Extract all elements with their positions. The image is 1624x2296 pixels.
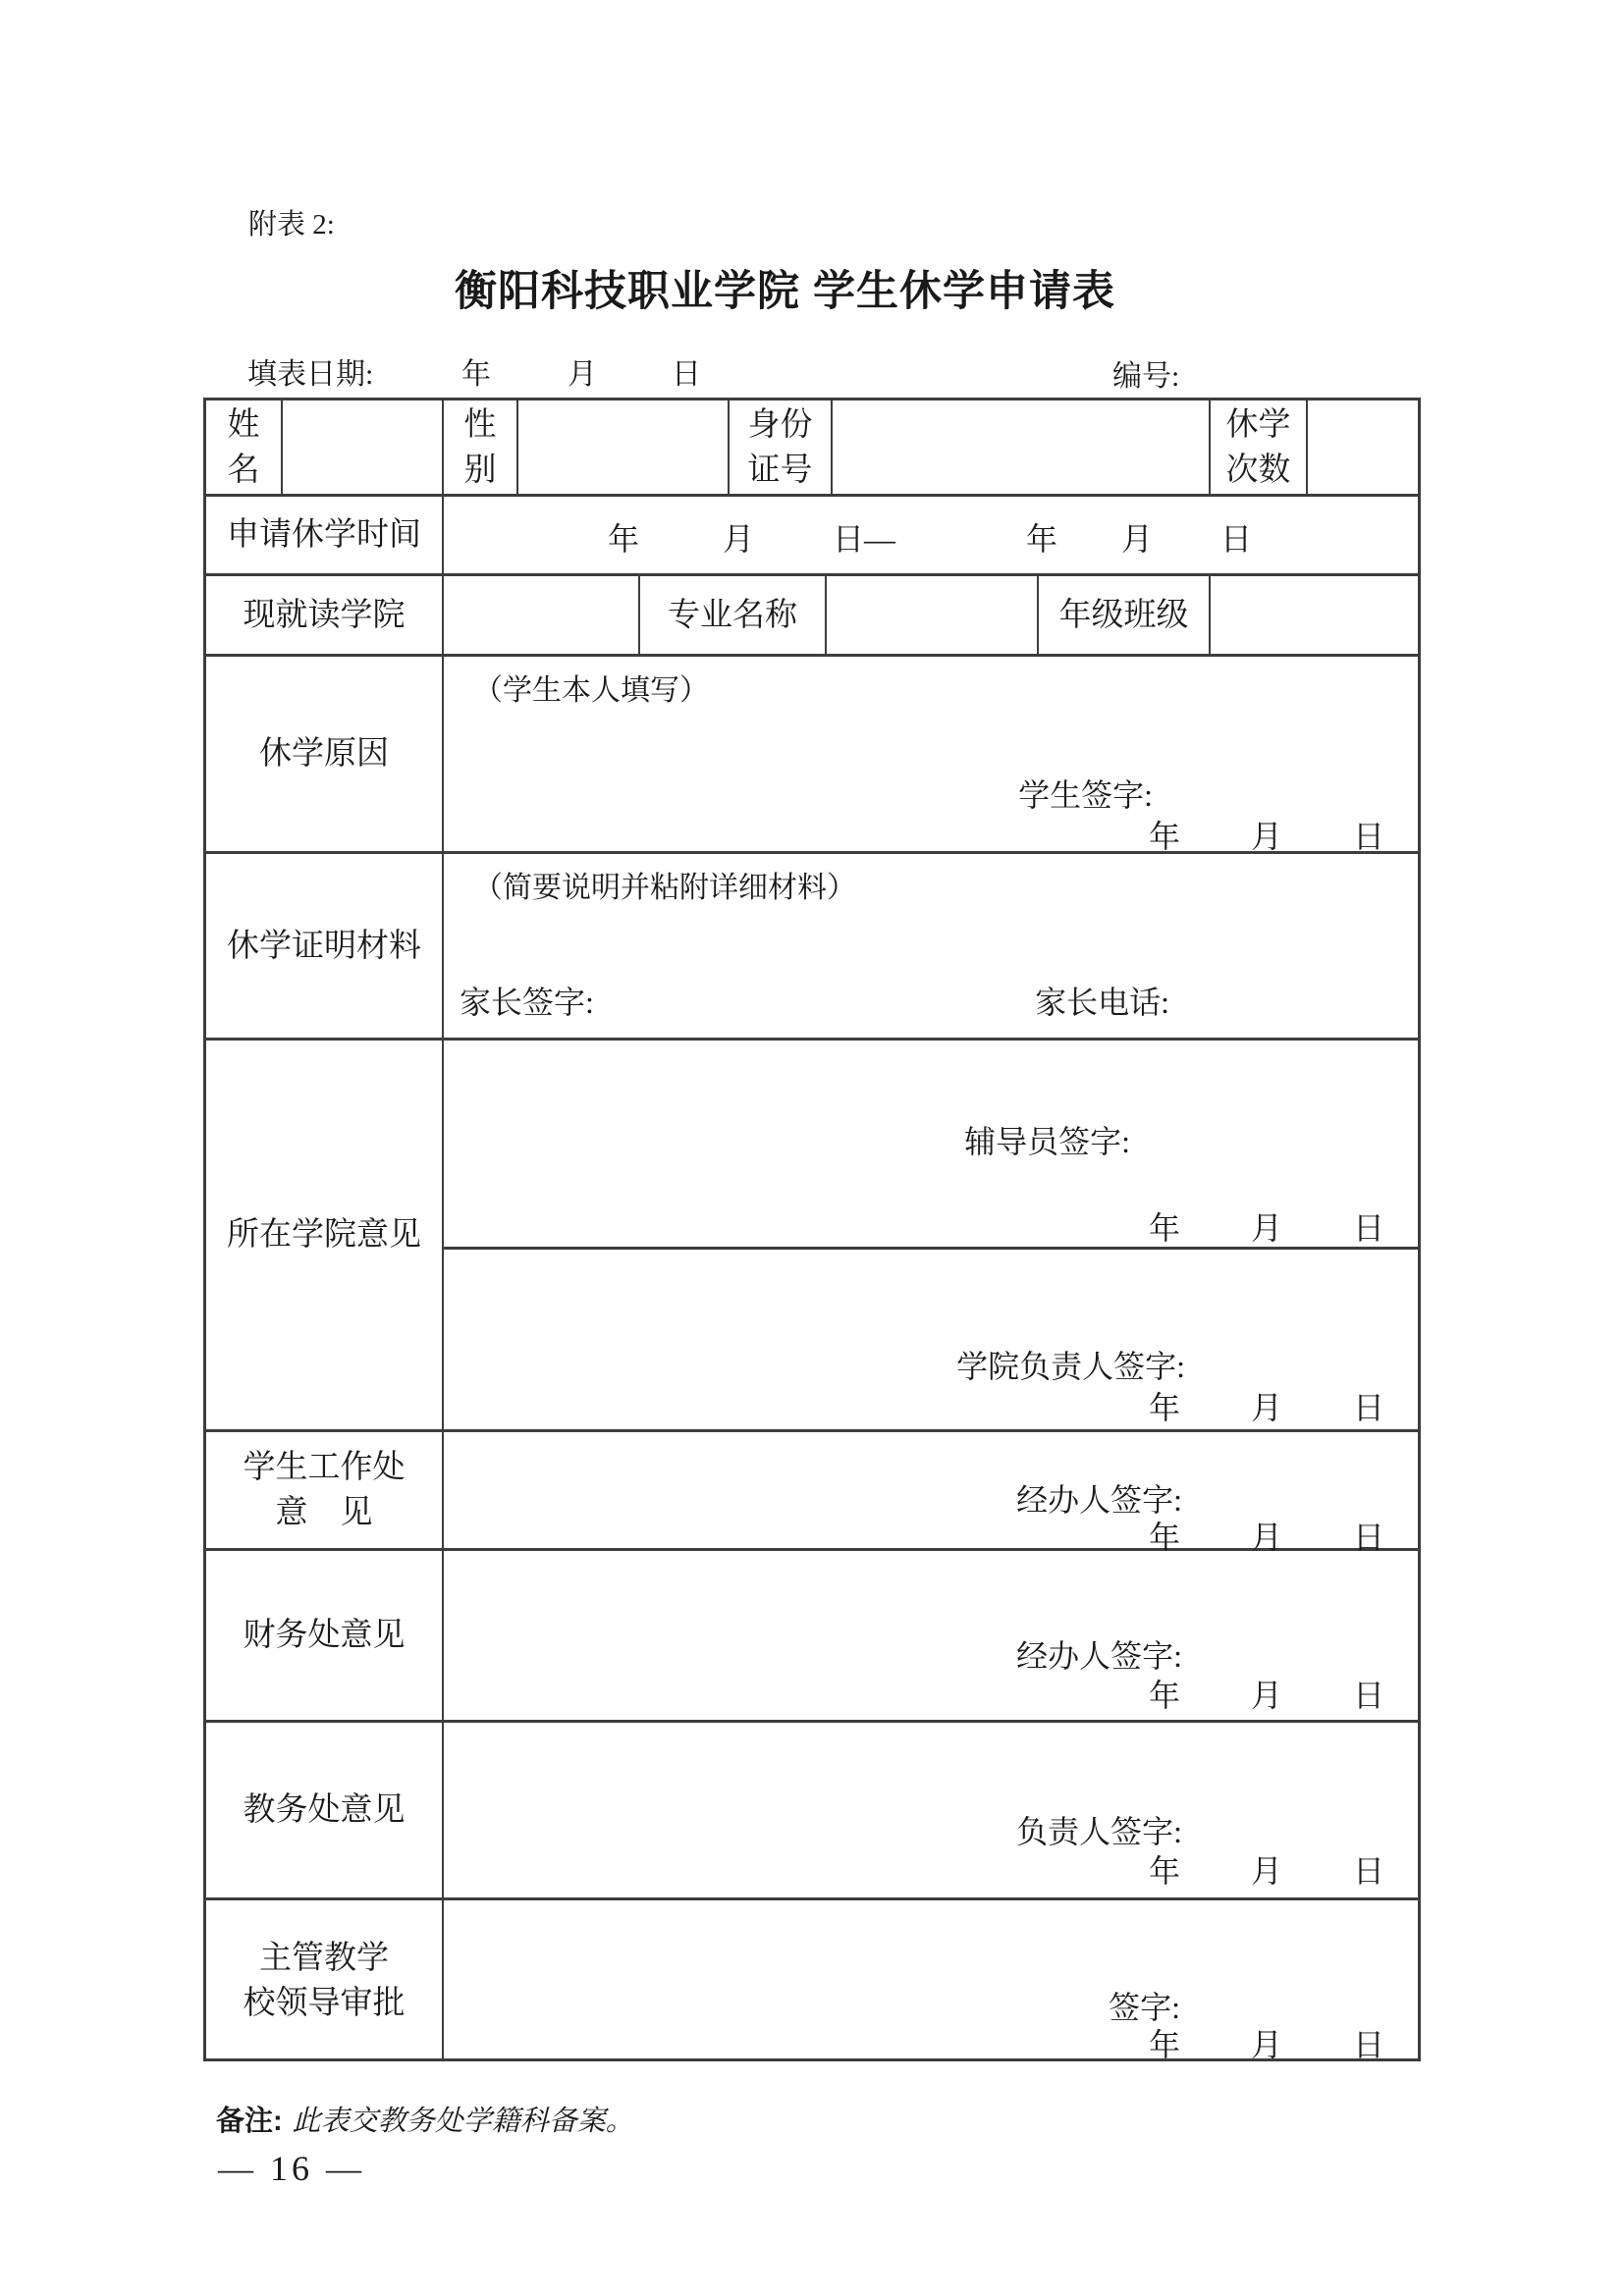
major-label: 专业名称 <box>638 576 825 654</box>
academic-content-cell[interactable]: 负责人签字: 年月日 <box>442 1723 1418 1897</box>
finance-content-cell[interactable]: 经办人签字: 年月日 <box>442 1551 1418 1720</box>
row-leave-reason: 休学原因 （学生本人填写） 学生签字: 年月日 <box>206 654 1418 851</box>
leader-approval-content-cell[interactable]: 签字: 年月日 <box>442 1900 1418 2061</box>
range-year-2: 年 <box>1026 516 1057 561</box>
attachment-label: 附表 2: <box>248 202 335 242</box>
apply-time-value-cell[interactable]: 年 月 日— 年 月 日 <box>442 497 1418 573</box>
reason-note: （学生本人填写） <box>473 668 709 714</box>
leave-count-label: 休学次数 <box>1209 400 1306 494</box>
document-page: 附表 2: 衡阳科技职业学院 学生休学申请表 填表日期: 年 月 日 编号: 姓… <box>0 0 1624 2296</box>
leader-approval-label: 主管教学校领导审批 <box>206 1900 442 2061</box>
reason-date-line: 年月日 <box>1149 814 1418 859</box>
finance-date-line: 年月日 <box>1149 1673 1418 1718</box>
row-leader-approval: 主管教学校领导审批 签字: 年月日 <box>206 1897 1418 2061</box>
apply-time-label: 申请休学时间 <box>206 497 442 573</box>
gender-value-cell[interactable] <box>516 400 728 494</box>
parent-sign-label: 家长签字: <box>460 980 594 1025</box>
academic-date-line: 年月日 <box>1149 1848 1418 1894</box>
range-year-1: 年 <box>608 516 639 561</box>
college-head-section[interactable]: 学院负责人签字: 年月日 <box>444 1250 1418 1426</box>
parent-phone-label: 家长电话: <box>1035 980 1169 1025</box>
footnote: 备注:此表交教务处学籍科备案。 <box>216 2099 634 2139</box>
fill-date-month: 月 <box>568 349 597 393</box>
proof-materials-label: 休学证明材料 <box>206 854 442 1038</box>
grade-class-value-cell[interactable] <box>1209 576 1418 654</box>
leave-reason-label: 休学原因 <box>206 657 442 851</box>
fill-date-day: 日 <box>672 349 701 393</box>
college-opinion-content-cell[interactable]: 辅导员签字: 年月日 学院负责人签字: 年月日 <box>442 1041 1418 1429</box>
footnote-label: 备注: <box>216 2106 283 2137</box>
name-value-cell[interactable] <box>281 400 442 494</box>
student-affairs-label: 学生工作处意 见 <box>206 1432 442 1548</box>
name-label: 姓名 <box>206 400 281 494</box>
form-number-label: 编号: <box>1112 351 1179 395</box>
footnote-text: 此表交教务处学籍科备案。 <box>293 2106 634 2137</box>
proof-materials-content-cell[interactable]: （简要说明并粘附详细材料） 家长签字: 家长电话: <box>442 854 1418 1038</box>
range-day-1: 日— <box>833 516 895 561</box>
college-opinion-label: 所在学院意见 <box>206 1041 442 1429</box>
row-proof-materials: 休学证明材料 （简要说明并粘附详细材料） 家长签字: 家长电话: <box>206 851 1418 1038</box>
counselor-sign-label: 辅导员签字: <box>964 1119 1130 1164</box>
page-title: 衡阳科技职业学院 学生休学申请表 <box>455 258 1115 318</box>
leave-reason-content-cell[interactable]: （学生本人填写） 学生签字: 年月日 <box>442 657 1418 851</box>
row-academic-opinion: 教务处意见 负责人签字: 年月日 <box>206 1720 1418 1897</box>
id-number-label: 身份证号 <box>728 400 831 494</box>
grade-class-label: 年级班级 <box>1037 576 1209 654</box>
student-affairs-content-cell[interactable]: 经办人签字: 年月日 <box>442 1432 1418 1548</box>
row-college-opinion: 所在学院意见 辅导员签字: 年月日 学院负责人签字: 年月日 <box>206 1038 1418 1429</box>
row-apply-time: 申请休学时间 年 月 日— 年 月 日 <box>206 494 1418 573</box>
gender-label: 性别 <box>442 400 516 494</box>
academic-opinion-label: 教务处意见 <box>206 1723 442 1897</box>
college-head-sign-label: 学院负责人签字: <box>956 1344 1185 1389</box>
counselor-section[interactable]: 辅导员签字: 年月日 <box>444 1041 1418 1250</box>
proof-note: （简要说明并粘附详细材料） <box>473 866 856 911</box>
counselor-date-line: 年月日 <box>1149 1205 1418 1251</box>
range-month-1: 月 <box>723 516 754 561</box>
finance-opinion-label: 财务处意见 <box>206 1551 442 1720</box>
leader-date-line: 年月日 <box>1149 2022 1418 2067</box>
college-label: 现就读学院 <box>206 576 442 654</box>
range-day-2: 日 <box>1220 516 1252 561</box>
row-finance-opinion: 财务处意见 经办人签字: 年月日 <box>206 1548 1418 1720</box>
page-number: — 16 — <box>218 2148 365 2189</box>
application-form-table: 姓名 性别 身份证号 休学次数 申请休学时间 年 月 日— 年 <box>203 398 1421 2061</box>
major-value-cell[interactable] <box>825 576 1037 654</box>
id-number-value-cell[interactable] <box>831 400 1209 494</box>
student-sign-label: 学生签字: <box>1018 773 1153 818</box>
range-month-2: 月 <box>1121 516 1153 561</box>
fill-date-label: 填表日期: <box>247 349 373 393</box>
college-value-cell[interactable] <box>442 576 638 654</box>
college-head-date-line: 年月日 <box>1149 1385 1418 1430</box>
row-college-info: 现就读学院 专业名称 年级班级 <box>206 573 1418 654</box>
row-basic-info: 姓名 性别 身份证号 休学次数 <box>206 400 1418 494</box>
leave-count-value-cell[interactable] <box>1306 400 1418 494</box>
row-student-affairs-opinion: 学生工作处意 见 经办人签字: 年月日 <box>206 1429 1418 1548</box>
fill-date-year: 年 <box>461 349 491 393</box>
